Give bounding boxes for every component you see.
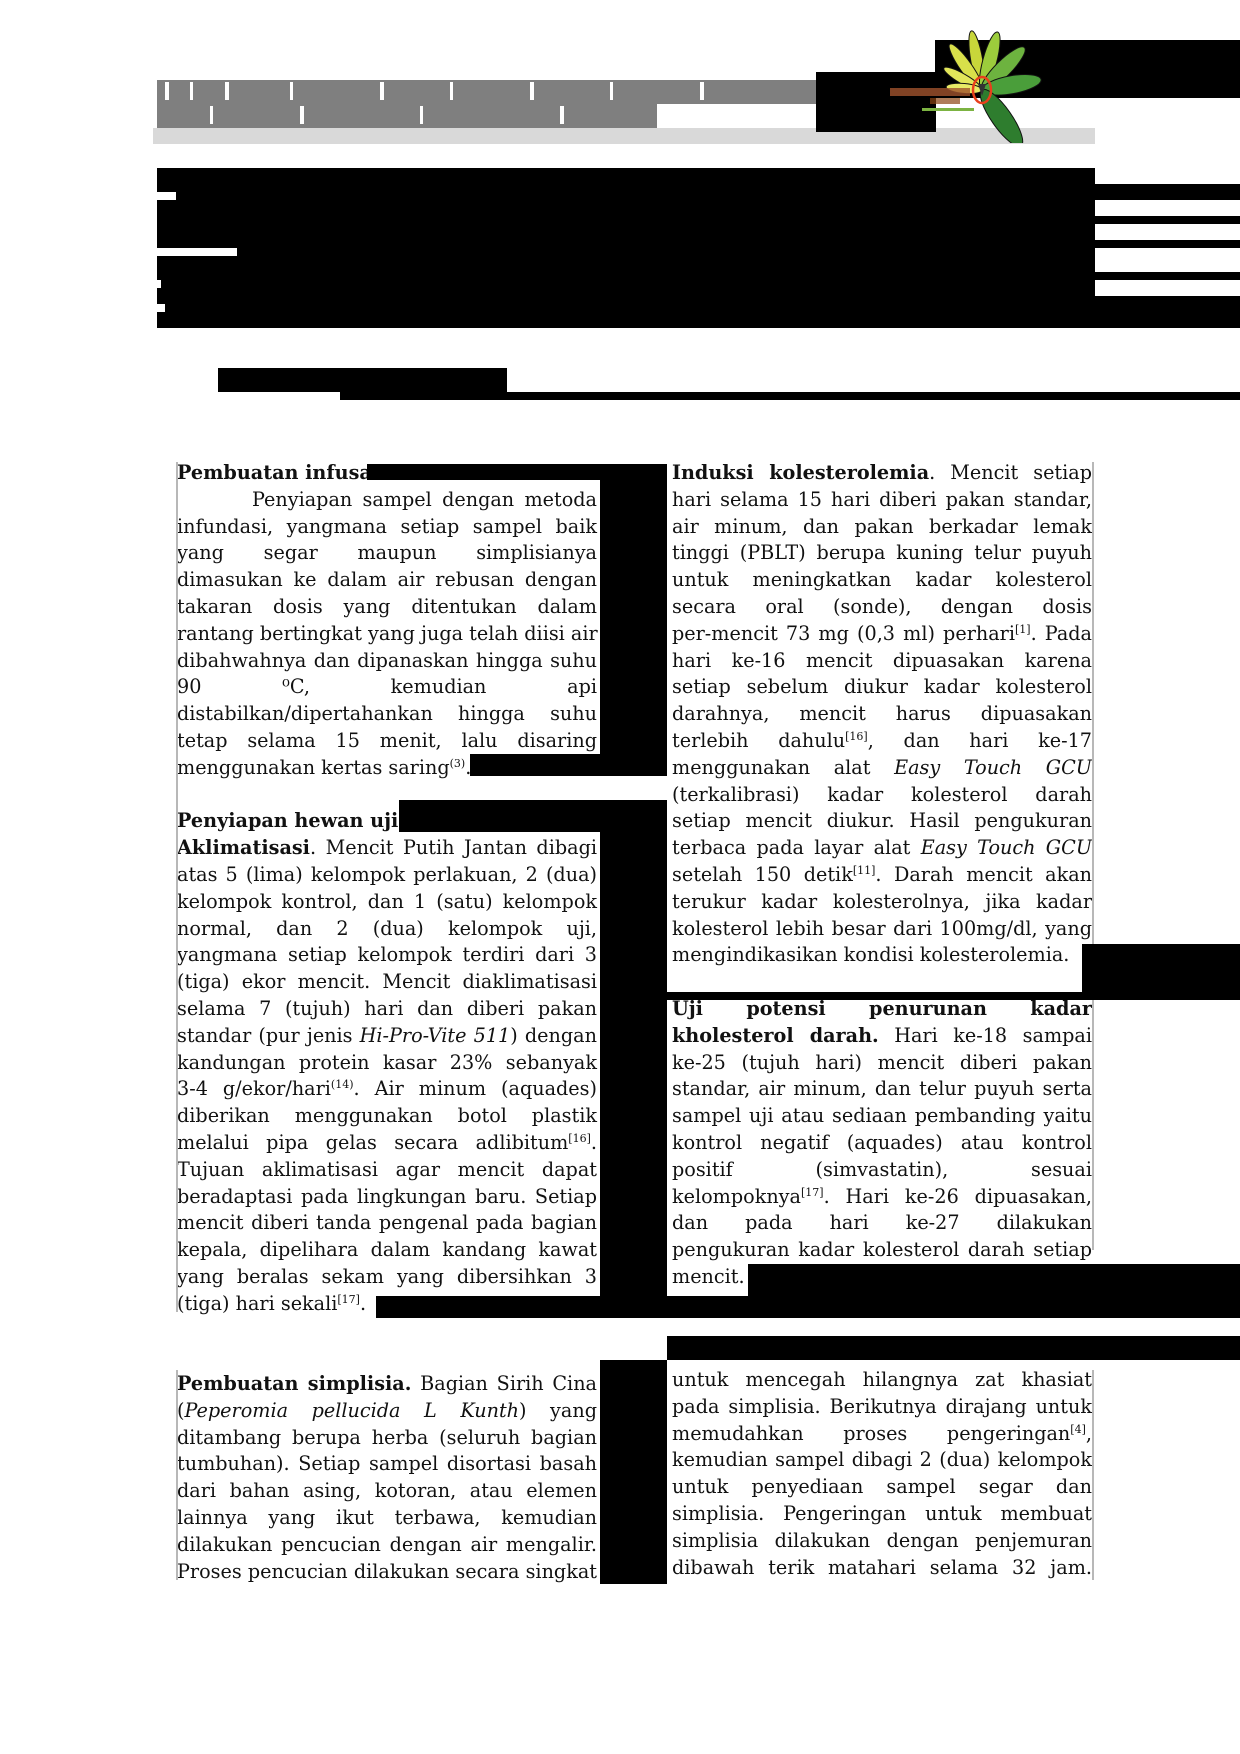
journal-name-obscured	[157, 80, 822, 104]
right-column: Induksi kolesterolemia. Mencit setiap ha…	[672, 460, 1092, 1291]
text-line: dan pada hari ke-27 dilakukan	[672, 1210, 1092, 1237]
device-name: Easy Touch GCU	[921, 836, 1092, 859]
citation: [4]	[1070, 1423, 1086, 1436]
text-line: normal, dan 2 (dua) kelompok uji,	[177, 916, 597, 943]
column-edge-marker	[176, 1370, 178, 1580]
text-line: beradaptasi pada lingkungan baru. Setiap	[177, 1184, 597, 1211]
text-line: ditambang berupa herba (seluruh bagian	[177, 1425, 597, 1452]
text-line: mengindikasikan kondisi kolesterolemia.	[672, 942, 1092, 969]
citation: [17]	[337, 1293, 360, 1306]
text-line: simplisia. Pengeringan untuk membuat	[672, 1501, 1092, 1528]
text-line: secara oral (sonde), dengan dosis	[672, 594, 1092, 621]
citation: (3)	[450, 757, 466, 770]
text-line: rantang bertingkat yang juga telah diisi…	[177, 621, 597, 648]
text-line: dibahwahnya dan dipanaskan hingga suhu	[177, 648, 597, 675]
text-line: (tiga) ekor mencit. Mencit diaklimatisas…	[177, 969, 597, 996]
section-pembuatan-infusa: Pembuatan infusa Penyiapan sampel dengan…	[177, 460, 597, 782]
text-line: Tujuan aklimatisasi agar mencit dapat	[177, 1157, 597, 1184]
text-line: standar, air minum, dan telur puyuh sert…	[672, 1076, 1092, 1103]
section-heading: Induksi kolesterolemia	[672, 461, 929, 484]
text-line: untuk penyediaan sampel segar dan	[672, 1474, 1092, 1501]
section-induksi-kolesterolemia: Induksi kolesterolemia. Mencit setiap ha…	[672, 460, 1092, 969]
citation: [17]	[801, 1186, 824, 1199]
text-line: ke-25 (tujuh hari) mencit diberi pakan	[672, 1050, 1092, 1077]
section-heading: Pembuatan infusa	[177, 461, 372, 484]
section-heading: Penyiapan hewan uji	[177, 809, 398, 832]
text-line: kolesterol lebih besar dari 100mg/dl, ya…	[672, 916, 1092, 943]
text-line: 90 ⁰C, kemudian api	[177, 674, 597, 701]
text-line: tumbuhan). Setiap sampel disortasi basah	[177, 1451, 597, 1478]
column-edge-marker	[176, 462, 178, 1312]
column-edge-marker	[1092, 1370, 1094, 1580]
text-line: selama 7 (tujuh) hari dan diberi pakan	[177, 996, 597, 1023]
citation: [11]	[853, 864, 876, 877]
text-line: setiap sebelum diukur kadar kolesterol	[672, 674, 1092, 701]
species-name: Peperomia pellucida L Kunth	[185, 1399, 520, 1422]
text-line: setiap mencit diukur. Hasil pengukuran	[672, 808, 1092, 835]
product-name: Hi-Pro-Vite 511	[360, 1024, 511, 1047]
text-line: Proses pencucian dilakukan secara singka…	[177, 1559, 597, 1586]
text-line: kandungan protein kasar 23% sebanyak	[177, 1050, 597, 1077]
text-line: air minum, dan pakan berkadar lemak	[672, 514, 1092, 541]
column-edge-marker	[1092, 1000, 1094, 1250]
text-line: distabilkan/dipertahankan hingga suhu	[177, 701, 597, 728]
text-line: kontrol negatif (aquades) atau kontrol	[672, 1130, 1092, 1157]
text-line: dimasukan ke dalam air rebusan dengan	[177, 567, 597, 594]
text-line: darahnya, mencit harus dipuasakan	[672, 701, 1092, 728]
text-line: takaran dosis yang ditentukan dalam	[177, 594, 597, 621]
text-line: dilakukan pencucian dengan air mengalir.	[177, 1532, 597, 1559]
citation: (14)	[331, 1078, 354, 1091]
section-heading: Pembuatan simplisia.	[177, 1372, 411, 1395]
text-line: (terkalibrasi) kadar kolesterol darah	[672, 782, 1092, 809]
column-edge-marker	[1092, 462, 1094, 952]
section-pembuatan-simplisia: Pembuatan simplisia. Bagian Sirih Cina (…	[177, 1371, 597, 1585]
citation: [16]	[845, 730, 868, 743]
leaf-fan-logo-icon	[870, 28, 1090, 143]
text-line: yang beralas sekam yang dibersihkan 3	[177, 1264, 597, 1291]
device-name: Easy Touch GCU	[894, 756, 1092, 779]
text-line: terukur kadar kolesterolnya, jika kadar	[672, 889, 1092, 916]
text-line: dibawah terik matahari selama 32 jam.	[672, 1555, 1092, 1582]
text-line: untuk meningkatkan kadar kolesterol	[672, 567, 1092, 594]
sub-heading: Aklimatisasi	[177, 836, 310, 859]
left-column: Pembuatan infusa Penyiapan sampel dengan…	[177, 460, 597, 1585]
text-line: diberikan menggunakan botol plastik	[177, 1103, 597, 1130]
text-line: menggunakan kertas saring	[177, 756, 450, 779]
section-heading: kholesterol darah.	[672, 1024, 879, 1047]
text-line: kepala, dipelihara dalam kandang kawat	[177, 1237, 597, 1264]
journal-logo	[870, 28, 1090, 143]
citation: [16]	[568, 1132, 591, 1145]
text-line: tinggi (PBLT) berupa kuning telur puyuh	[672, 540, 1092, 567]
text-line: mencit diberi tanda pengenal pada bagian	[177, 1210, 597, 1237]
text-line: simplisia dilakukan dengan penjemuran	[672, 1528, 1092, 1555]
journal-subtitle-obscured	[157, 104, 657, 128]
section-penyiapan-hewan-uji: Penyiapan hewan uji Aklimatisasi. Mencit…	[177, 808, 597, 1317]
text-line: pengukuran kadar kolesterol darah setiap	[672, 1237, 1092, 1264]
text-line: kemudian sampel dibagi 2 (dua) kelompok	[672, 1447, 1092, 1474]
text-line: infundasi, yangmana setiap sampel baik	[177, 514, 597, 541]
text-line: hari ke-16 mencit dipuasakan karena	[672, 648, 1092, 675]
text-line: positif (simvastatin), sesuai	[672, 1157, 1092, 1184]
text-line: kelompok kontrol, dan 1 (satu) kelompok	[177, 889, 597, 916]
section-heading: Uji potensi penurunan kadar	[672, 997, 1092, 1020]
right-column-continued: untuk mencegah hilangnya zat khasiat pad…	[672, 1367, 1092, 1581]
text-line: yangmana setiap kelompok terdiri dari 3	[177, 942, 597, 969]
text-line: dari bahan asing, kotoran, atau elemen	[177, 1478, 597, 1505]
text-line: tetap selama 15 menit, lalu disaring	[177, 728, 597, 755]
section-simplisia-continued: untuk mencegah hilangnya zat khasiat pad…	[672, 1367, 1092, 1581]
citation: [1]	[1015, 623, 1031, 636]
section-uji-potensi: Uji potensi penurunan kadar kholesterol …	[672, 996, 1092, 1291]
text-line: lainnya yang ikut terbawa, kemudian	[177, 1505, 597, 1532]
text-line: untuk mencegah hilangnya zat khasiat	[672, 1367, 1092, 1394]
text-line: atas 5 (lima) kelompok perlakuan, 2 (dua…	[177, 862, 597, 889]
text-line: sampel uji atau sediaan pembanding yaitu	[672, 1103, 1092, 1130]
text-line: yang segar maupun simplisianya	[177, 540, 597, 567]
text-line: pada simplisia. Berikutnya dirajang untu…	[672, 1394, 1092, 1421]
text-line: hari selama 15 hari diberi pakan standar…	[672, 487, 1092, 514]
text-line: Penyiapan sampel dengan metoda	[177, 487, 597, 514]
